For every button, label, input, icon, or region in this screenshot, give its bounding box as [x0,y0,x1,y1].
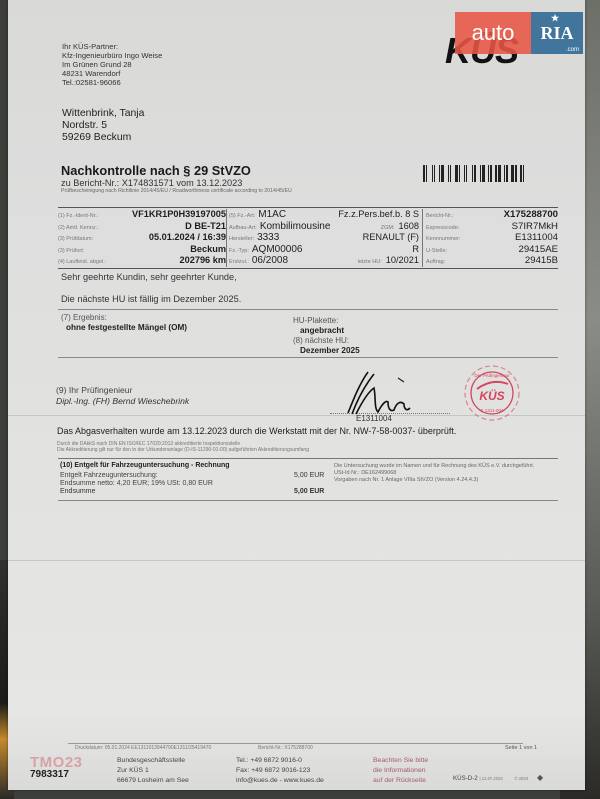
field-extra-value: RENAULT (F) [363,232,419,242]
footer-office: Bundesgeschäftsstelle Zur KÜS 1 66679 Lo… [117,756,189,786]
result-value: ohne festgestellte Mängel (OM) [66,323,187,332]
field-extra-value: 1608 [399,221,419,231]
watermark-auto: auto [455,12,531,54]
vehicle-field: Aufbau-Art:KombilimousineZGM:1608 [229,221,419,233]
field-label: Expresscode: [426,223,459,235]
page-number: Seite 1 von 1 [505,745,537,751]
divider [68,743,523,744]
vehicle-field: (2) Amtl. Kennz.:D BE-T21 [58,221,226,233]
vehicle-field: (3) Prüfdatum:05.01.2024 / 16:39 [58,232,226,244]
vehicle-field: Hersteller:3333RENAULT (F) [229,232,419,244]
divider [58,500,558,501]
engineer-name: Dipl.-Ing. (FH) Bernd Wieschebrink [56,396,189,406]
divider [58,309,558,310]
result-label: (7) Ergebnis: [61,313,107,322]
signature [340,368,420,418]
divider [58,207,558,208]
star-icon: ★ [551,13,559,24]
engineer-label: (9) Ihr Prüfingenieur [56,385,132,395]
invoice-total-label: Endsumme [60,488,95,495]
vehicle-field: (3) Prüfort:Beckum [58,244,226,256]
field-value: 202796 km [180,255,227,267]
invoice-note: USt-Id Nr.: DE162499068 [334,470,396,476]
field-value: 06/2008 [252,255,288,267]
vehicle-field: U-Stelle:29415AE [426,244,558,256]
greeting: Sehr geehrte Kundin, sehr geehrter Kunde… [61,272,237,282]
svg-text:E 1311-004: E 1311-004 [481,408,504,413]
vehicle-info-left: (1) Fz.-Ident-Nr.:VF1KR1P0H39197005(2) A… [58,209,226,267]
footer-notice: Beachten Sie bitte die Informationen auf… [373,756,428,786]
vehicle-field: (1) Fz.-Ident-Nr.:VF1KR1P0H39197005 [58,209,226,221]
stamp-number: 7983317 [30,769,69,780]
engineer-id: E1311004 [356,414,392,423]
vehicle-field: Erstzul.:06/2008letzte HU:10/2021 [229,255,419,267]
divider [226,209,227,267]
field-label: Auftrag: [426,257,445,269]
vehicle-field: Fz.-Typ:AQM00006R [229,244,419,256]
svg-text:KÜS: KÜS [479,388,504,403]
invoice-note: Die Untersuchung wurde im Namen und für … [334,463,534,469]
vehicle-info-middle: (5) Fz.-Art:M1ACFz.z.Pers.bef.b. 8 SAufb… [229,209,419,267]
svg-text:Der Prüfingenieur: Der Prüfingenieur [474,373,510,378]
emissions-statement: Das Abgasverhalten wurde am 13.12.2023 d… [57,426,456,436]
invoice-title: (10) Entgelt für Fahrzeuguntersuchung - … [60,462,230,469]
vehicle-field: (4) Laufleist. abgel.:202796 km [58,255,226,267]
watermark-ria: ★ RIA .com [531,12,583,54]
print-info: Druckdatum: 05.01.2024 EE1311013944790E1… [75,745,211,751]
field-value: Beckum [190,244,226,256]
field-label: U-Stelle: [426,246,447,258]
field-value: 29415B [525,255,558,267]
certificate-note: Prüfbescheinigung nach Richtlinie 2014/4… [61,188,292,194]
field-value: 3333 [257,232,279,244]
field-label: Erstzul.: [229,257,249,269]
field-label: Bericht-Nr.: [426,211,454,223]
invoice-amount: 5,00 EUR [294,472,324,479]
field-extra-label: ZGM: [381,225,395,231]
paper-fold [8,560,585,561]
divider [58,458,558,459]
field-extra-value: 10/2021 [386,255,419,265]
field-label: (3) Prüfort: [58,246,84,258]
field-label: (2) Amtl. Kennz.: [58,223,99,235]
vehicle-field: Kennnummer:E1311004 [426,232,558,244]
invoice-row: Endsumme netto: 4,20 EUR; 19% USt: 0,80 … [60,480,213,487]
footer-report-number: Bericht-Nr.: X175288700 [258,745,313,751]
divider [58,268,558,269]
field-extra: letzte HU:10/2021 [358,255,419,269]
diamond-icon: ◆ [537,773,543,782]
field-label: (4) Laufleist. abgel.: [58,257,106,269]
field-value: Kombilimousine [260,221,331,233]
field-label: Kennnummer: [426,234,461,246]
document-title: Nachkontrolle nach § 29 StVZO [61,163,251,178]
report-reference: zu Bericht-Nr.: X174831571 vom 13.12.202… [61,178,242,188]
field-extra-value: Fz.z.Pers.bef.b. 8 S [338,209,419,219]
vehicle-field: Expresscode:S7IR7MkH [426,221,558,233]
plakette-label: HU-Plakette: [293,316,338,325]
vehicle-field: (5) Fz.-Art:M1ACFz.z.Pers.bef.b. 8 S [229,209,419,221]
accreditation-line: Die Akkreditierung gilt nur für den in d… [57,447,309,453]
field-value: S7IR7MkH [512,221,558,233]
field-value: 29415AE [519,244,558,256]
barcode [423,165,524,182]
autoria-watermark: auto ★ RIA .com [455,12,583,54]
invoice-total-amount: 5,00 EUR [294,488,324,495]
field-value: M1AC [258,209,286,221]
field-value: AQM00006 [252,244,303,256]
divider [422,209,423,267]
divider [58,357,558,358]
field-label: (3) Prüfdatum: [58,234,93,246]
field-value: E1311004 [515,232,558,244]
next-hu-text: Die nächste HU ist fällig im Dezember 20… [61,294,241,304]
field-value: 05.01.2024 / 16:39 [149,232,226,244]
vehicle-field: Bericht-Nr.:X175288700 [426,209,558,221]
field-value: X175288700 [504,209,558,221]
vehicle-info-right: Bericht-Nr.:X175288700Expresscode:S7IR7M… [426,209,558,267]
kues-stamp: KÜS Der Prüfingenieur E 1311-004 [460,362,524,424]
plakette-value: angebracht [300,326,344,335]
next-hu-label: (8) nächste HU: [293,336,349,345]
field-value: VF1KR1P0H39197005 [132,209,226,221]
recipient-address: Wittenbrink, Tanja Nordstr. 5 59269 Beck… [62,108,144,143]
field-extra-label: letzte HU: [358,259,382,265]
field-label: (1) Fz.-Ident-Nr.: [58,211,98,223]
field-value: D BE-T21 [185,221,226,233]
footer-contact: Tel.: +49 6872 9016-0 Fax: +49 6872 9016… [236,756,324,786]
next-hu-value: Dezember 2025 [300,346,360,355]
invoice-row: Entgelt Fahrzeuguntersuchung: [60,472,158,479]
field-extra-value: R [412,244,419,254]
invoice-note: Vorgaben nach Nr. 1 Anlage VIIIa StVZO (… [334,477,478,483]
partner-address: Ihr KÜS-Partner: Kfz-Ingenieurbüro Ingo … [62,43,162,88]
form-code: KÜS-D-2 | 12.07.2023 © 2023 [453,775,528,782]
